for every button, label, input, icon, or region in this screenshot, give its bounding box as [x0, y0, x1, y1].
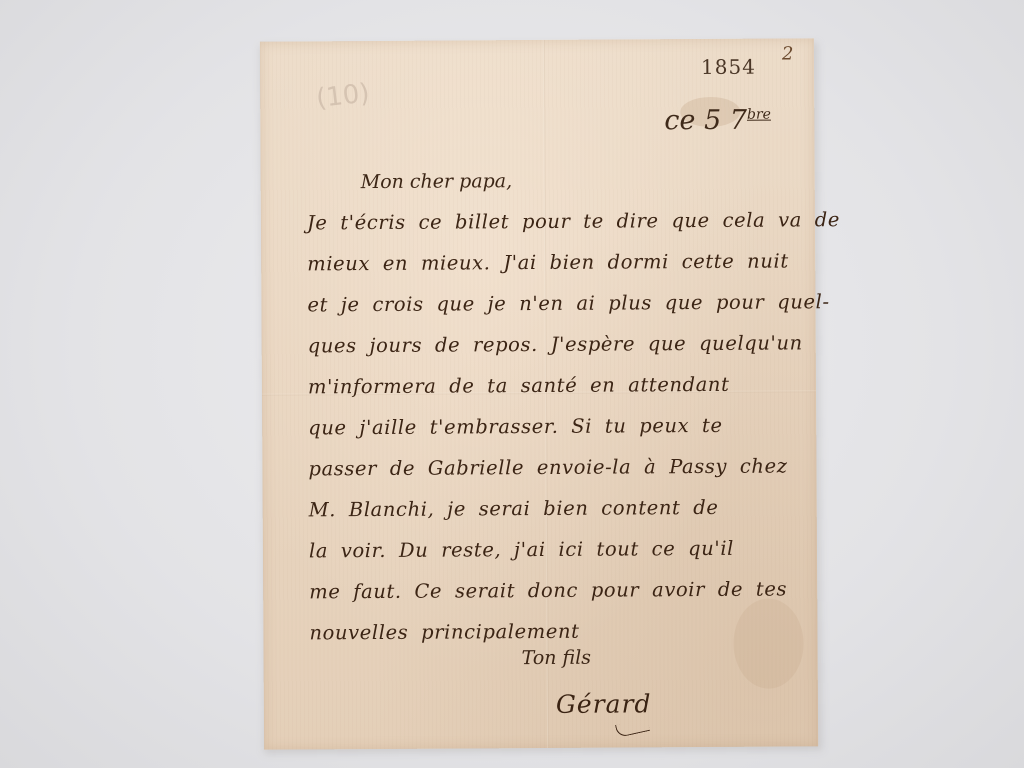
letter-body: Je t'écris ce billet pour te dire que ce… [307, 208, 810, 662]
body-line: M. Blanchi, je serai bien content de [309, 495, 809, 539]
page-number-mark: 2 [782, 43, 794, 64]
body-line: passer de Gabrielle envoie-la à Passy ch… [308, 454, 808, 498]
date-month: 7 [730, 105, 747, 136]
body-line: ques jours de repos. J'espère que quelqu… [308, 331, 808, 375]
body-line: m'informera de ta santé en attendant [308, 372, 808, 416]
closing: Ton fils [522, 647, 592, 669]
body-line: me faut. Ce serait donc pour avoir de te… [309, 577, 809, 621]
signature: Gérard [556, 689, 652, 719]
archive-pencil-number: (10) [315, 78, 371, 114]
body-line: que j'aille t'embrasser. Si tu peux te [308, 413, 808, 457]
letter-sheet: (10) 2 1854 ce 5 7bre Mon cher papa, Je … [260, 38, 818, 749]
body-line: et je crois que je n'en ai plus que pour… [307, 290, 807, 334]
body-line: Je t'écris ce billet pour te dire que ce… [307, 208, 807, 252]
letter-date: ce 5 7bre [664, 105, 771, 137]
date-day: ce 5 [664, 105, 721, 136]
body-line: mieux en mieux. J'ai bien dormi cette nu… [307, 249, 807, 293]
year-annotation: 1854 [701, 55, 756, 79]
salutation: Mon cher papa, [361, 170, 513, 193]
date-month-superscript: bre [747, 107, 771, 123]
body-line: la voir. Du reste, j'ai ici tout ce qu'i… [309, 536, 809, 580]
